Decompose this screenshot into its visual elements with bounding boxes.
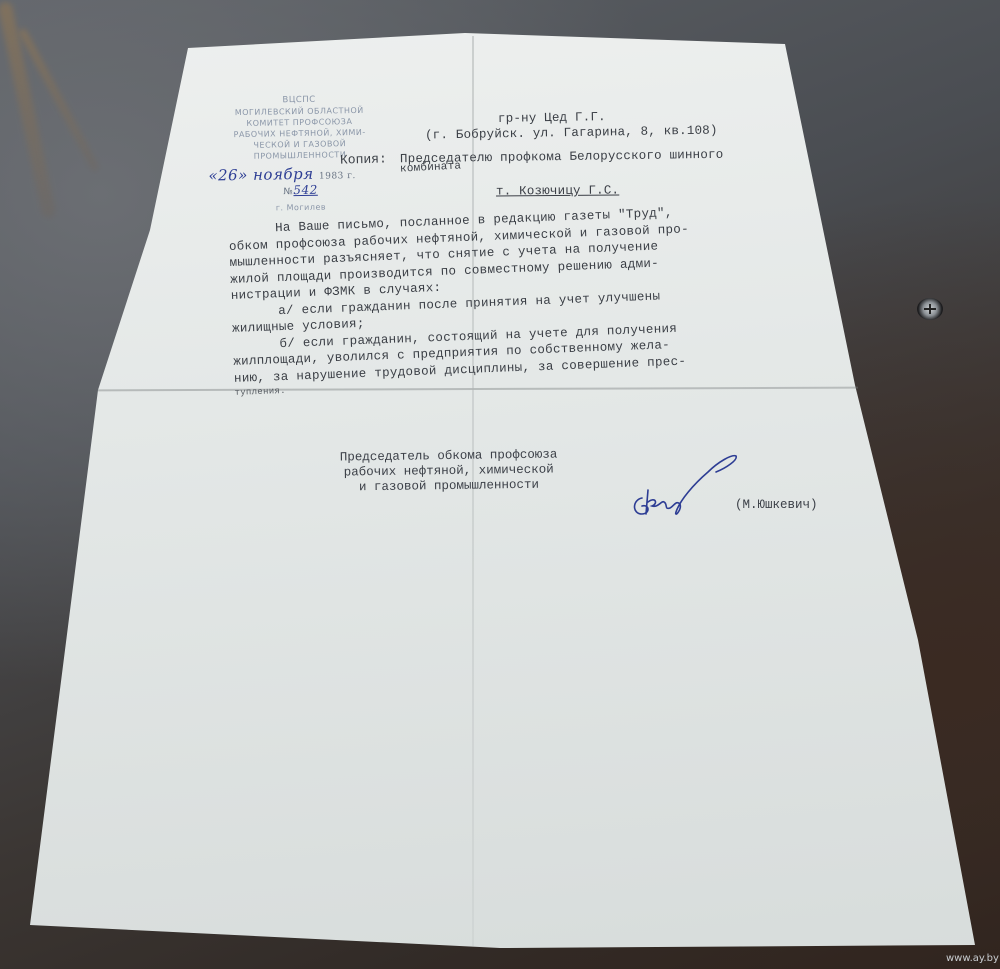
table-screw xyxy=(917,298,943,320)
date-month: ноября xyxy=(253,165,314,184)
signatory-name: (М.Юшкевич) xyxy=(735,498,818,512)
signatory-line: и газовой промышленности xyxy=(340,477,558,495)
copy-label: Копия: xyxy=(340,151,387,167)
date-year: 1983 г. xyxy=(319,171,356,182)
site-watermark: www.ay.by xyxy=(946,953,999,964)
recipient-line: гр-ну Цед Г.Г. xyxy=(498,110,606,126)
handwritten-signature xyxy=(628,448,743,523)
signatory-title: Председатель обкома профсоюза рабочих не… xyxy=(340,447,558,495)
letter-body: На Ваше письмо, посланное в редакцию газ… xyxy=(228,199,834,399)
recipient-name: т. Козючицу Г.С. xyxy=(496,183,619,198)
number-label: № xyxy=(283,187,293,197)
date-day: 26 xyxy=(218,166,238,184)
number-value: 542 xyxy=(293,183,318,197)
stamp-number: №542 xyxy=(201,183,401,199)
